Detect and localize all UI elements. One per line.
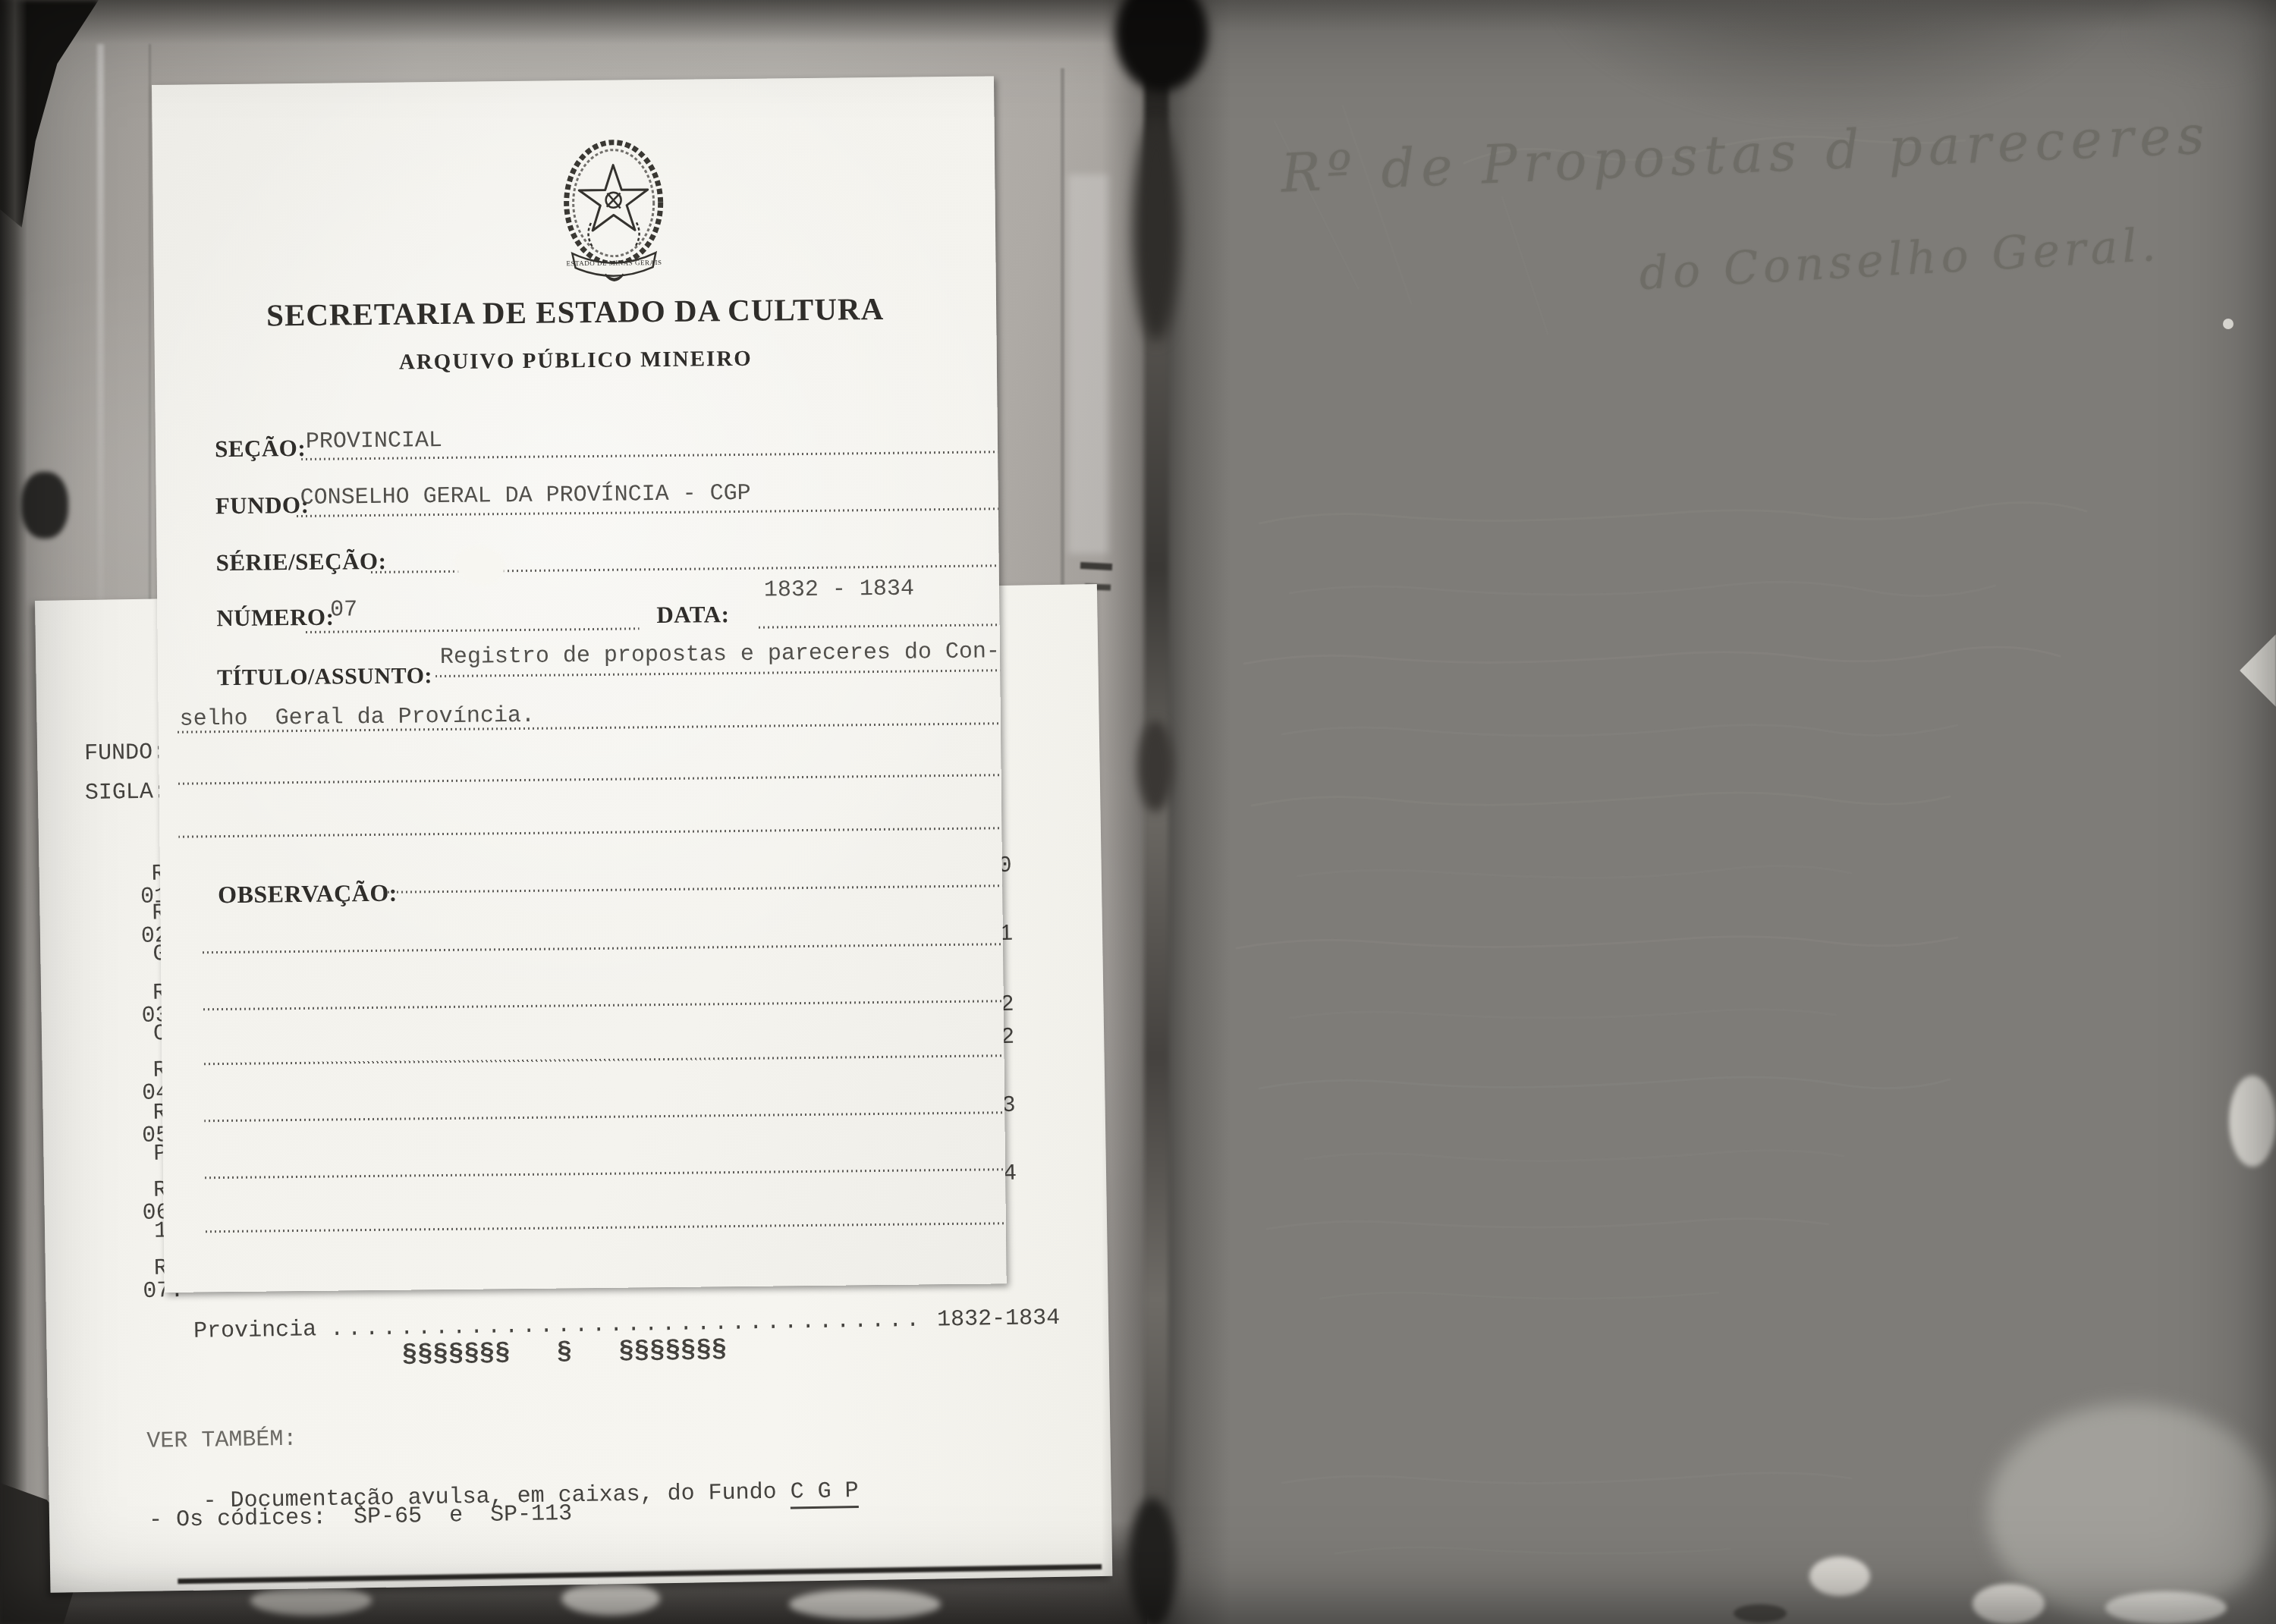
fundo-value: CONSELHO GERAL DA PROVÍNCIA - CGP [300,482,751,510]
sheet-fundo-label: FUNDO: [84,741,166,765]
reference-line-2: - Os códices: SP-65 e SP-113 [149,1503,572,1532]
data-label: DATA: [656,602,729,627]
numero-label: NÚMERO: [216,605,334,630]
secao-value: PROVINCIAL [306,429,442,454]
fundo-code: C G P [790,1478,859,1509]
whiteout-smudge [451,541,509,589]
titulo-rule-4 [178,827,1001,837]
observacao-rule-1 [203,943,1003,953]
observacao-label: OBSERVAÇÃO: [218,881,398,906]
titulo-value-line1: Registro de propostas e pareceres do Con… [440,640,1000,669]
numero-value: 07 [330,598,357,621]
top-edge-shadow [0,0,1147,44]
left-edge-blot [21,472,68,539]
card-agency-title: SECRETARIA DE ESTADO DA CULTURA [154,292,996,332]
observacao-rule-2 [203,1000,1004,1010]
secao-label: SEÇÃO: [215,436,306,460]
gutter-crease [1061,68,1064,614]
card-archive-subtitle: ARQUIVO PÚBLICO MINEIRO [155,345,997,376]
book-spine [1102,0,1231,1624]
numero-rule [306,627,640,633]
spine-mid-blot [1138,721,1173,812]
bottom-fragment-2 [561,1582,660,1616]
spine-bottom-blot [1129,1498,1176,1624]
section-divider: §§§§§§§ § §§§§§§§ [401,1338,727,1369]
bottom-fragment-1 [250,1585,372,1616]
titulo-rule-1 [435,669,1000,677]
observacao-rule-0 [388,884,1002,893]
ver-tambem-title: VER TAMBÉM: [146,1428,297,1453]
fold-crease-highlight [97,44,104,609]
observacao-rule-3 [204,1054,1004,1065]
data-rule [759,624,1000,628]
titulo-value-line2: selho Geral da Província. [180,705,535,731]
titulo-label: TÍTULO/ASSUNTO: [217,664,432,689]
observacao-rule-6 [206,1222,1006,1233]
provincia-label: Provincia [193,1317,317,1345]
provincia-years: 1832-1834 [937,1305,1061,1333]
data-value: 1832 - 1834 [764,578,914,602]
bottom-fragment-3 [789,1589,941,1619]
fold-crease-line [149,44,151,605]
spine-upper-blot [1133,121,1179,341]
left-edge-shadow [0,0,27,1624]
serie-label: SÉRIE/SEÇÃO: [215,549,386,574]
titulo-rule-3 [178,774,1001,784]
spine-top-blot [1115,0,1208,91]
sheet-sigla-label: SIGLA: [85,781,167,805]
catalog-card: ESTADO DE MINAS GERAIS SECRETARIA DE EST… [152,76,1007,1293]
coat-of-arms-icon: ESTADO DE MINAS GERAIS [556,133,671,297]
emblem-banner-text: ESTADO DE MINAS GERAIS [566,259,662,267]
fundo-label: FUNDO: [215,493,310,517]
observacao-rule-4 [204,1111,1004,1122]
observacao-rule-5 [205,1168,1005,1179]
